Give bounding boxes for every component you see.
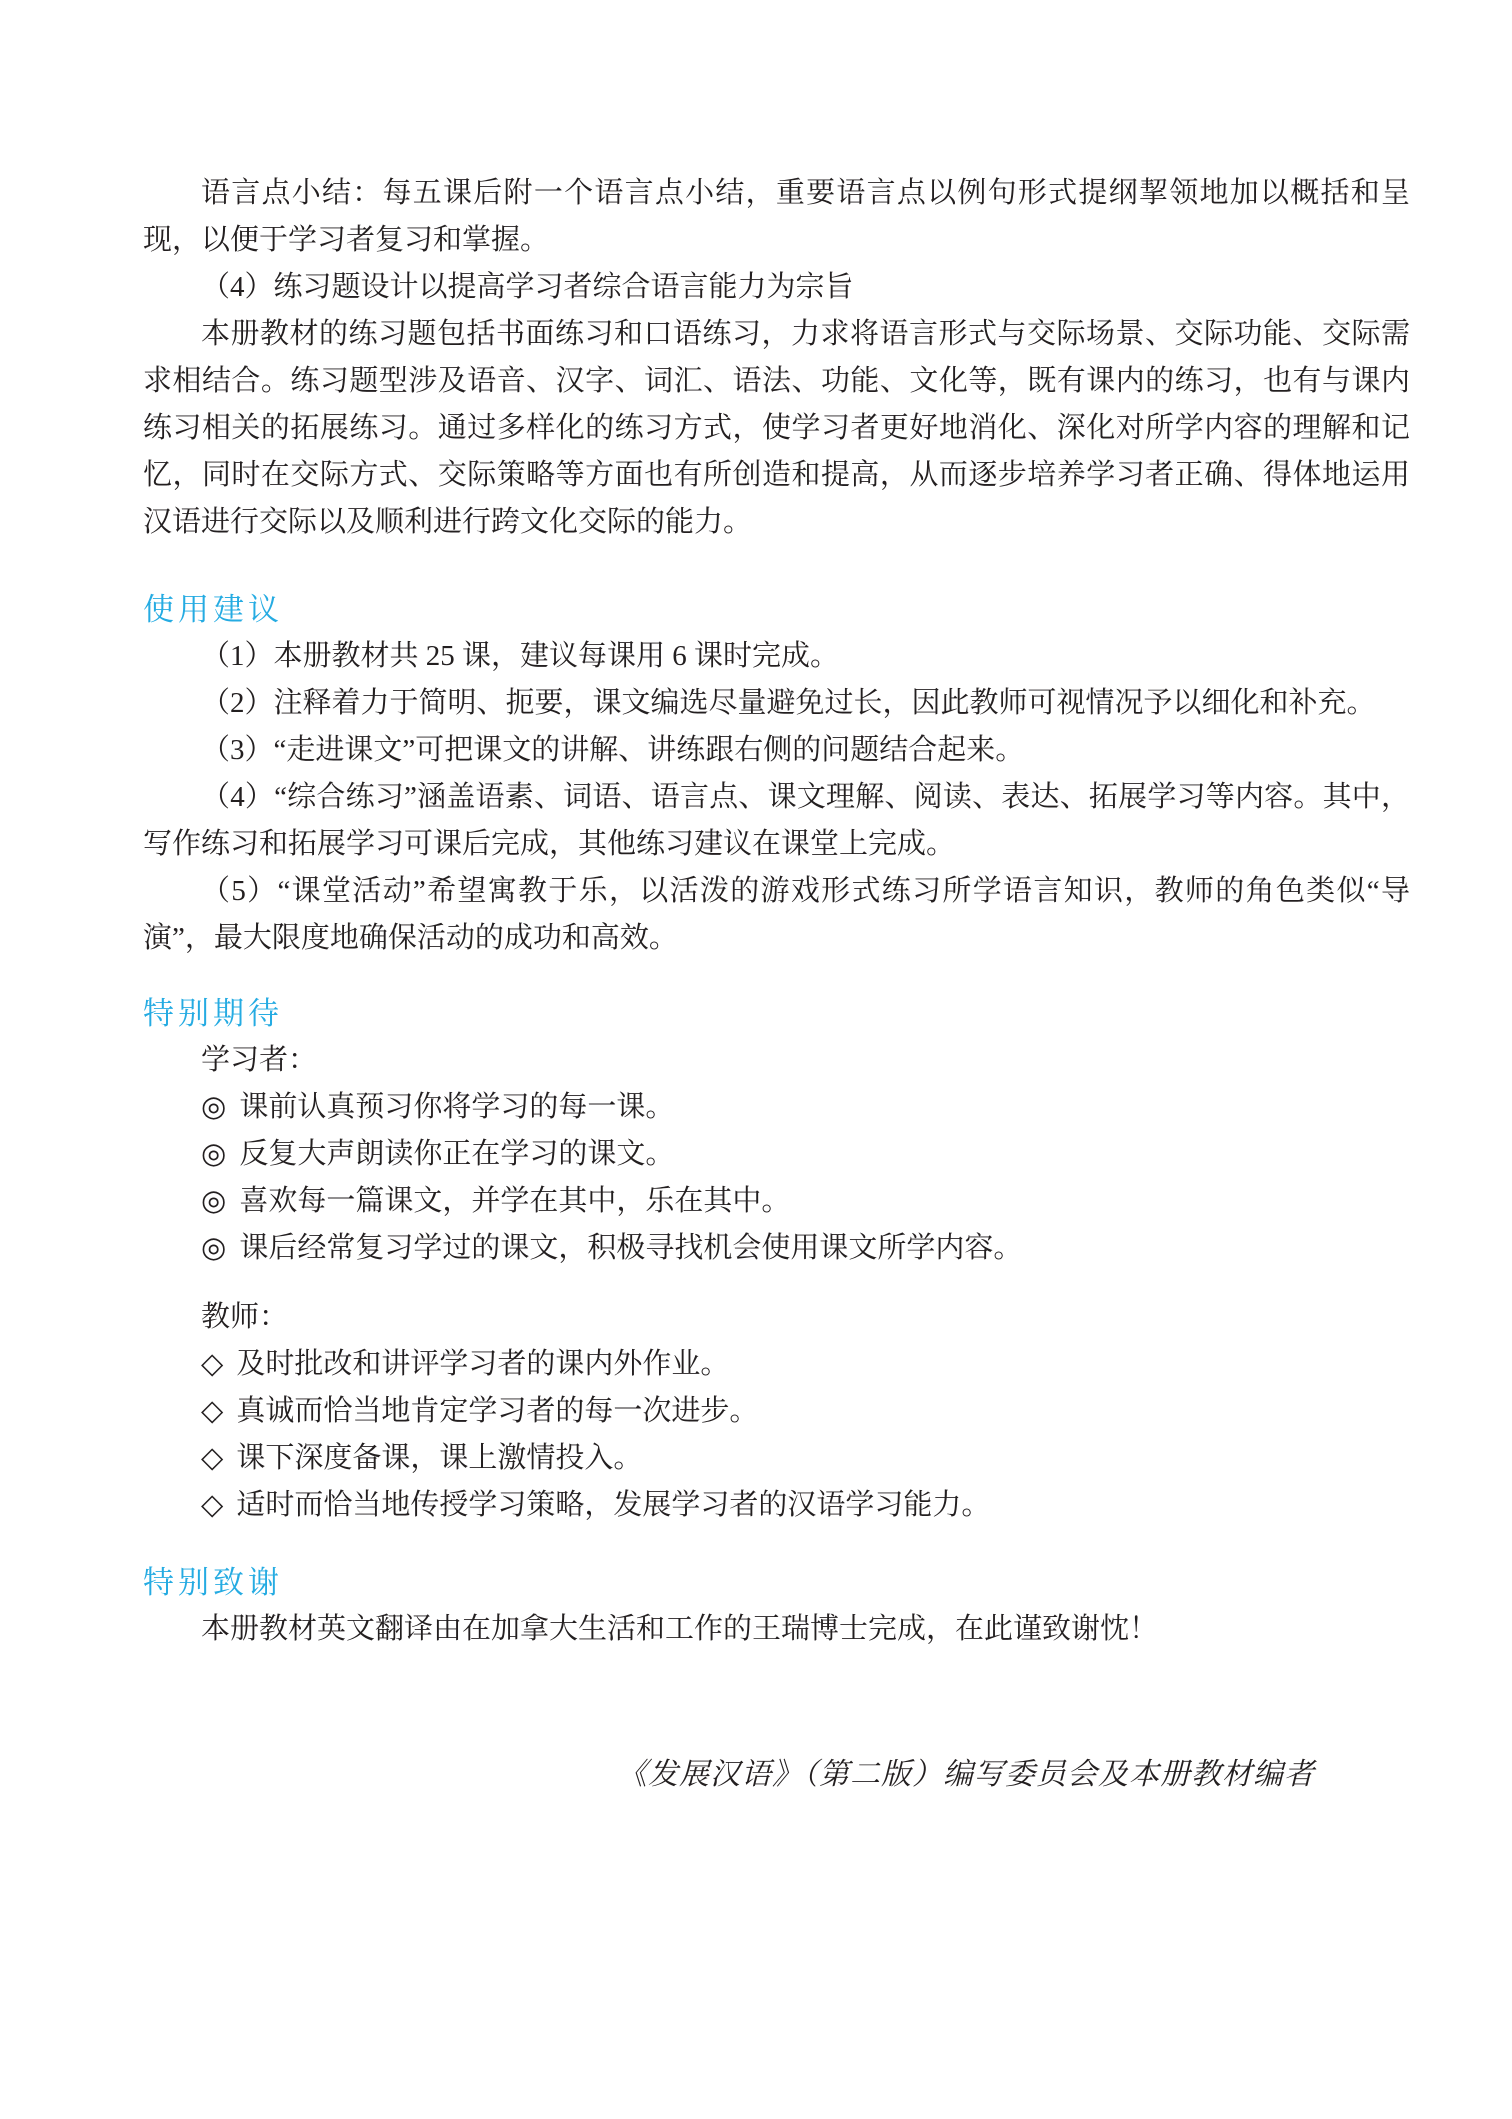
teacher-list-item: ◇及时批改和讲评学习者的课内外作业。 xyxy=(143,1341,1410,1388)
editorial-committee-signature: 《发展汉语》（第二版）编写委员会及本册教材编者 xyxy=(143,1751,1315,1798)
list-item-text: 喜欢每一篇课文，并学在其中，乐在其中。 xyxy=(239,1185,790,1217)
double-circle-bullet-icon: ◎ xyxy=(201,1225,226,1272)
learner-list-item: ◎课前认真预习你将学习的每一课。 xyxy=(143,1084,1410,1131)
diamond-bullet-icon: ◇ xyxy=(201,1482,223,1529)
teacher-list-item: ◇课下深度备课，课上激情投入。 xyxy=(143,1435,1410,1482)
usage-item-4: （4）“综合练习”涵盖语素、词语、语言点、课文理解、阅读、表达、拓展学习等内容。… xyxy=(143,774,1410,868)
diamond-bullet-icon: ◇ xyxy=(201,1341,223,1388)
section-heading-usage-suggestions: 使用建议 xyxy=(143,586,1410,633)
teacher-list-item: ◇真诚而恰当地肯定学习者的每一次进步。 xyxy=(143,1388,1410,1435)
page-content: 语言点小结：每五课后附一个语言点小结，重要语言点以例句形式提纲挈领地加以概括和呈… xyxy=(0,0,1512,1798)
intro-paragraph-exercises: 本册教材的练习题包括书面练习和口语练习，力求将语言形式与交际场景、交际功能、交际… xyxy=(143,311,1410,546)
group-label-learners: 学习者： xyxy=(143,1037,1410,1084)
usage-item-5: （5）“课堂活动”希望寓教于乐，以活泼的游戏形式练习所学语言知识，教师的角色类似… xyxy=(143,868,1410,962)
usage-item-3: （3）“走进课文”可把课文的讲解、讲练跟右侧的问题结合起来。 xyxy=(143,727,1410,774)
diamond-bullet-icon: ◇ xyxy=(201,1388,223,1435)
list-item-text: 适时而恰当地传授学习策略，发展学习者的汉语学习能力。 xyxy=(236,1489,990,1521)
list-item-text: 课后经常复习学过的课文，积极寻找机会使用课文所学内容。 xyxy=(239,1232,1022,1264)
diamond-bullet-icon: ◇ xyxy=(201,1435,223,1482)
section-heading-special-expectations: 特别期待 xyxy=(143,990,1410,1037)
list-item-text: 反复大声朗读你正在学习的课文。 xyxy=(239,1138,674,1170)
double-circle-bullet-icon: ◎ xyxy=(201,1178,226,1225)
double-circle-bullet-icon: ◎ xyxy=(201,1084,226,1131)
thanks-paragraph: 本册教材英文翻译由在加拿大生活和工作的王瑞博士完成，在此谨致谢忱！ xyxy=(143,1606,1410,1653)
double-circle-bullet-icon: ◎ xyxy=(201,1131,226,1178)
intro-paragraph-language-points: 语言点小结：每五课后附一个语言点小结，重要语言点以例句形式提纲挈领地加以概括和呈… xyxy=(143,170,1410,264)
learner-list-item: ◎课后经常复习学过的课文，积极寻找机会使用课文所学内容。 xyxy=(143,1225,1410,1272)
learner-list-item: ◎反复大声朗读你正在学习的课文。 xyxy=(143,1131,1410,1178)
list-item-text: 及时批改和讲评学习者的课内外作业。 xyxy=(236,1348,729,1380)
group-label-teachers: 教师： xyxy=(143,1294,1410,1341)
usage-item-2: （2）注释着力于简明、扼要，课文编选尽量避免过长，因此教师可视情况予以细化和补充… xyxy=(143,680,1410,727)
list-item-text: 课下深度备课，课上激情投入。 xyxy=(236,1442,642,1474)
list-item-text: 真诚而恰当地肯定学习者的每一次进步。 xyxy=(236,1395,758,1427)
teacher-list-item: ◇适时而恰当地传授学习策略，发展学习者的汉语学习能力。 xyxy=(143,1482,1410,1529)
usage-item-1: （1）本册教材共 25 课，建议每课用 6 课时完成。 xyxy=(143,633,1410,680)
intro-paragraph-point-4: （4）练习题设计以提高学习者综合语言能力为宗旨 xyxy=(143,264,1410,311)
list-item-text: 课前认真预习你将学习的每一课。 xyxy=(239,1091,674,1123)
document-page: 语言点小结：每五课后附一个语言点小结，重要语言点以例句形式提纲挈领地加以概括和呈… xyxy=(0,0,1512,2119)
section-heading-special-thanks: 特别致谢 xyxy=(143,1559,1410,1606)
learner-list-item: ◎喜欢每一篇课文，并学在其中，乐在其中。 xyxy=(143,1178,1410,1225)
